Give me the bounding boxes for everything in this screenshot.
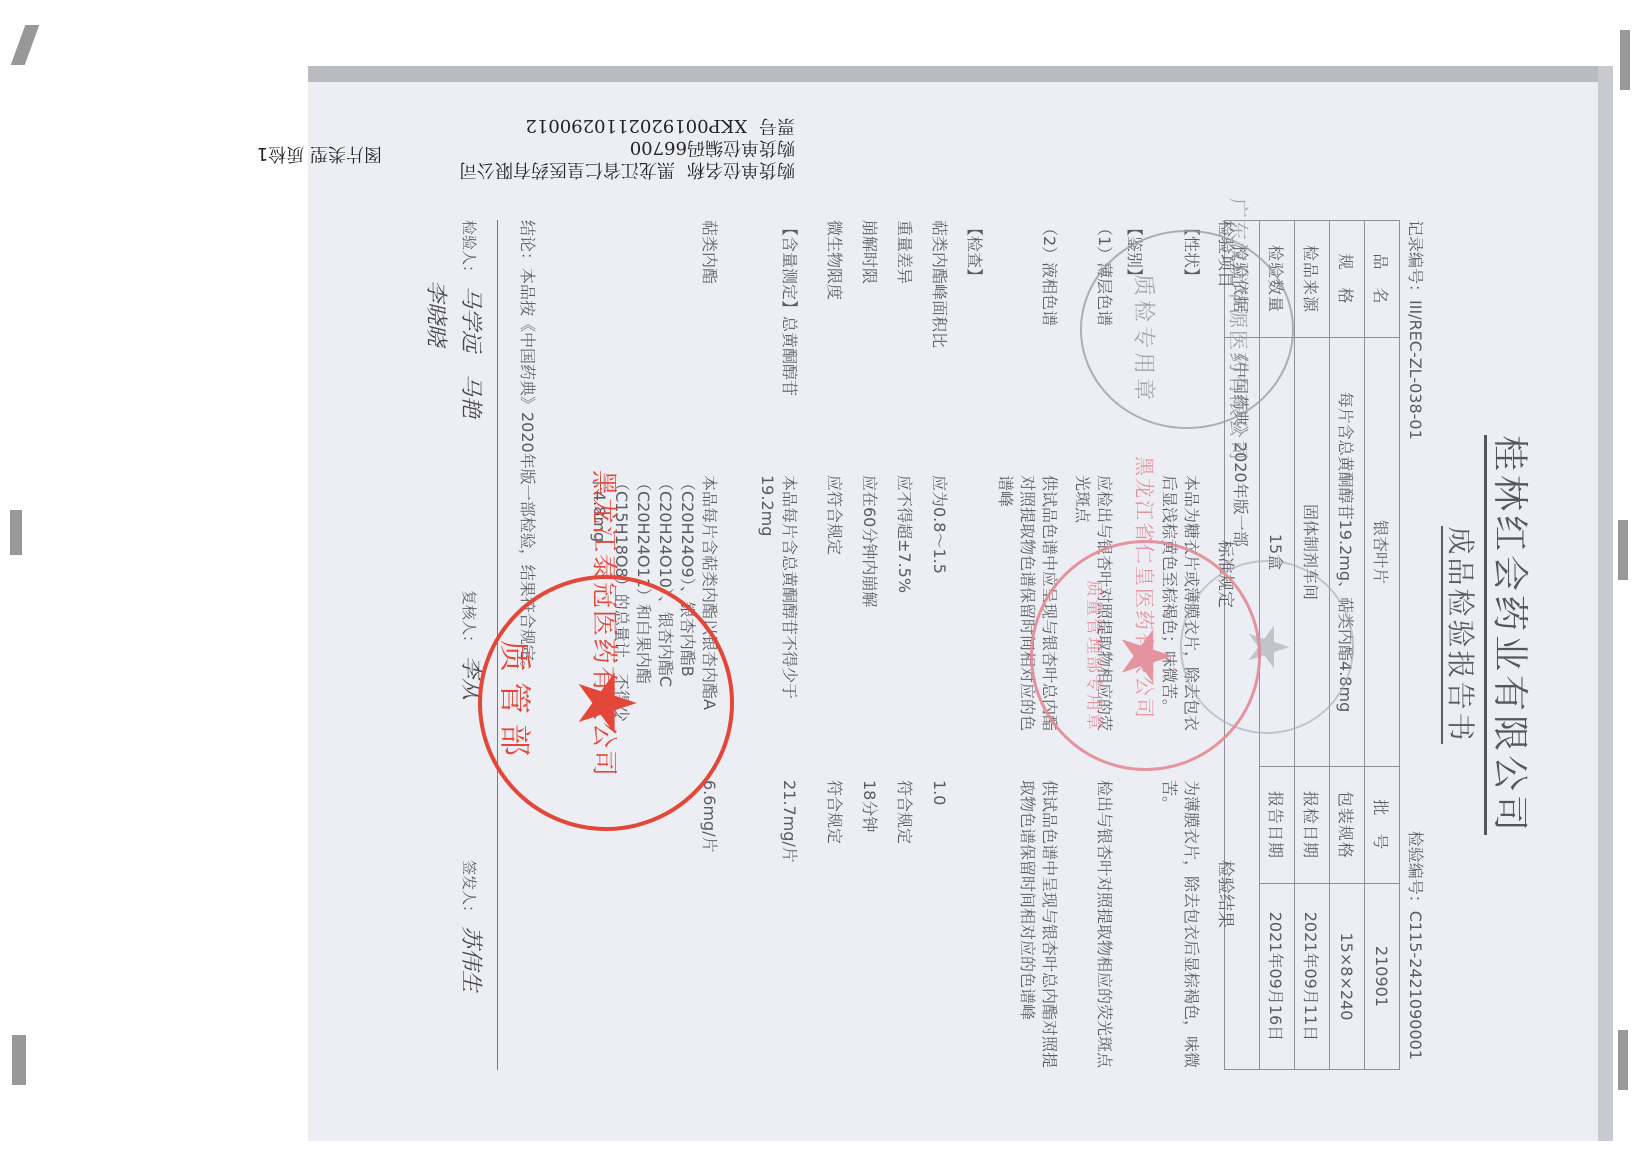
buyer-code: 66700 — [630, 137, 687, 158]
row-item: 【检查】 — [963, 220, 985, 420]
paper-edge-right — [1598, 66, 1613, 1141]
row-item: 萜类内酯 — [698, 220, 720, 420]
row-result: 21.7mg/片 — [778, 780, 800, 1080]
product-name: 银杏叶片 — [1365, 338, 1400, 767]
source-label: 检品来源 — [1295, 221, 1330, 338]
row-standard: 应为0.8～1.5 — [928, 475, 950, 735]
star-icon: ★ — [1111, 624, 1181, 687]
inspector-signature: 检验人：马学远 马艳 李晓晓 — [422, 220, 488, 418]
row-result: 18分钟 — [858, 780, 880, 1080]
received-date-label: 报检日期 — [1295, 766, 1330, 883]
row-result: 检出与银杏叶对照提取物相应的荧光斑点 — [1093, 780, 1115, 1080]
grey-seal-stamp: 广东汉优华源医药有限公司 质检专用章 — [1080, 230, 1294, 429]
row-standard: 本品每片含总黄酮醇苷不得少于19.2mg — [756, 475, 800, 735]
spec: 每片含总黄酮醇苷19.2mg、萜类内酯4.8mg — [1330, 338, 1365, 767]
scan-speck — [1620, 30, 1630, 90]
row-result: 供试品色谱中呈现与银杏叶总内酯对照提取物色谱保留时间相对应的色谱峰 — [1016, 780, 1060, 1080]
batch-label: 批 号 — [1365, 766, 1400, 883]
row-result: 1.0 — [928, 780, 950, 1080]
scan-speck — [10, 510, 22, 555]
row-standard: 应在60分钟内崩解 — [858, 475, 880, 735]
inspection-number: 检验编号：C115-2421090001 — [1405, 831, 1428, 1060]
row-standard: 应符合规定 — [823, 475, 845, 735]
package-spec: 15×8×240 — [1330, 883, 1365, 1069]
company-name: 桂林红会药业有限公司 — [1487, 170, 1538, 1100]
pink-seal-stamp: 黑龙江省仁皇医药有限公司 ★ 质量管理部专用章 — [1030, 540, 1261, 771]
image-type: 图片类型 质检1 — [262, 140, 382, 168]
approver-signature: 签发人：苏伟生 — [457, 860, 488, 992]
paper-edge-top — [308, 66, 1613, 82]
scan-speck — [1618, 1030, 1628, 1090]
row-item: 萜类内酯峰面积比 — [928, 220, 950, 420]
row-item: 微生物限度 — [823, 220, 845, 420]
buyer-code-label: 购货单位编码 — [687, 137, 795, 158]
invoice-label: 票号 — [759, 115, 795, 136]
column-result: 检验结果 — [1215, 860, 1240, 928]
row-result: 符合规定 — [893, 780, 915, 1080]
star-icon: ★ — [566, 667, 646, 739]
package-label: 包装规格 — [1330, 766, 1365, 883]
row-item: 重量差异 — [893, 220, 915, 420]
record-number: 记录编号：III/REC-ZL-038-01 — [1405, 220, 1428, 440]
row-result: 6.6mg/片 — [698, 780, 720, 1080]
row-item: （2）液相色谱 — [1038, 220, 1060, 420]
report-date-label: 报告日期 — [1260, 766, 1295, 883]
row-standard: 应不得超±7.5% — [893, 475, 915, 735]
batch-number: 210901 — [1365, 883, 1400, 1069]
row-result: 为薄膜衣片，除去包衣后显棕褐色，味微苦。 — [1158, 780, 1202, 1080]
product-name-label: 品 名 — [1365, 221, 1400, 338]
row-result: 符合规定 — [823, 780, 845, 1080]
spec-label: 规 格 — [1330, 221, 1365, 338]
row-item: 崩解时限 — [858, 220, 880, 420]
report-title: 成品检验报告书 — [1442, 170, 1482, 1100]
scan-speck — [11, 25, 40, 65]
red-seal-stamp: 黑龙江泰冠医药有限公司 ★ 质管部 — [478, 575, 734, 831]
report-date: 2021年09月16日 — [1260, 883, 1295, 1069]
row-item: 【含量测定】总黄酮醇苷 — [778, 220, 800, 420]
received-date: 2021年09月11日 — [1295, 883, 1330, 1069]
scan-speck — [12, 1035, 26, 1085]
invoice-number: XKP0019202110290012 — [525, 115, 747, 136]
image-type-value: 质检1 — [257, 143, 304, 164]
image-type-label: 图片类型 — [310, 143, 382, 164]
scan-speck — [1618, 520, 1628, 580]
